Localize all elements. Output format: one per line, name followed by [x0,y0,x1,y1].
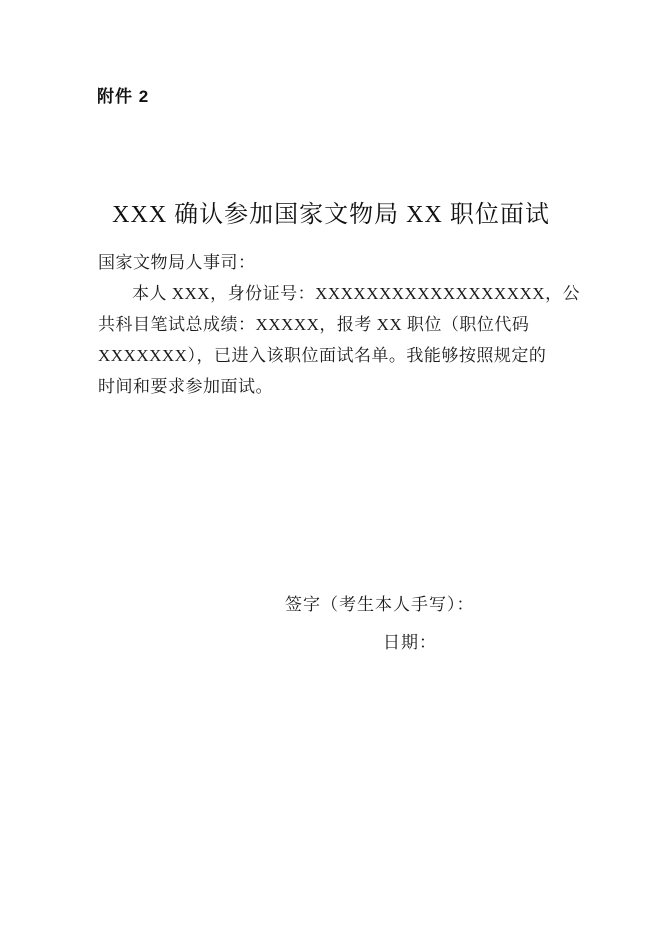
salutation-line: 国家文物局人事司： [98,247,582,278]
body-line: 时间和要求参加面试。 [98,371,582,402]
attachment-label: 附件 2 [97,82,149,107]
signature-block: 签字（考生本人手写）： 日期： [285,586,475,662]
body-line: XXXXXXX），已进入该职位面试名单。我能够按照规定的 [98,340,582,371]
document-title: XXX 确认参加国家文物局 XX 职位面试 [0,194,662,229]
document-page: 附件 2 XXX 确认参加国家文物局 XX 职位面试 国家文物局人事司： 本人 … [0,0,662,936]
date-label: 日期： [383,624,475,662]
signature-label: 签字（考生本人手写）： [285,586,475,624]
body-line: 本人 XXX，身份证号：XXXXXXXXXXXXXXXXXX，公 [98,278,582,309]
body-line: 共科目笔试总成绩：XXXXX，报考 XX 职位（职位代码 [98,309,582,340]
letter-body: 国家文物局人事司： 本人 XXX，身份证号：XXXXXXXXXXXXXXXXXX… [98,247,582,402]
